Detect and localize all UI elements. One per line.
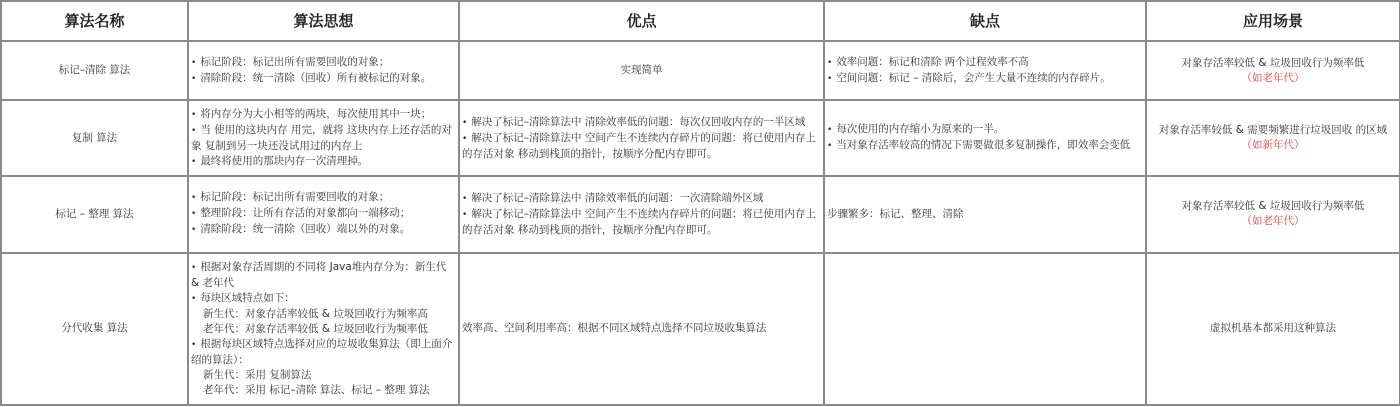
bullet-item: 整理阶段：让所有存活的对象都向一端移动； xyxy=(191,206,456,222)
bullet-item: 当对象存活率较高的情况下需要做很多复制操作，即效率会变低 xyxy=(827,138,1143,154)
cell-cons xyxy=(824,253,1146,405)
bullet-item: 将内存分为大小相等的两块，每次使用其中一块； xyxy=(191,107,456,123)
cell-scenario: 对象存活率较低 & 需要频繁进行垃圾回收 的区域 （如新年代） xyxy=(1146,100,1400,176)
bullet-item: 标记阶段：标记出所有需要回收的对象； xyxy=(191,55,456,71)
cell-idea: 标记阶段：标记出所有需要回收的对象； 整理阶段：让所有存活的对象都向一端移动； … xyxy=(188,176,459,252)
cell-name: 复制 算法 xyxy=(1,100,188,176)
scenario-text: 对象存活率较低 & 需要频繁进行垃圾回收 的区域 xyxy=(1149,123,1397,138)
header-row: 算法名称 算法思想 优点 缺点 应用场景 xyxy=(1,1,1400,41)
sub-item: 新生代：采用 复制算法 xyxy=(191,368,456,383)
header-algorithm-name: 算法名称 xyxy=(1,1,188,41)
bullet-item: 解决了标记–清除算法中 空间产生不连续内存碎片的问题：将已使用内存上的存活对象 … xyxy=(462,207,821,238)
cell-name: 标记–清除 算法 xyxy=(1,41,188,100)
table-row-mark-compact: 标记 – 整理 算法 标记阶段：标记出所有需要回收的对象； 整理阶段：让所有存活… xyxy=(1,176,1400,252)
cell-name: 分代收集 算法 xyxy=(1,253,188,405)
scenario-note: （如老年代） xyxy=(1149,71,1397,86)
bullet-item: 清除阶段：统一清除（回收）所有被标记的对象。 xyxy=(191,71,456,87)
bullet-item: 解决了标记–清除算法中 空间产生不连续内存碎片的问题：将已使用内存上的存活对象 … xyxy=(462,131,821,162)
cell-cons: 步骤繁多：标记、整理、清除 xyxy=(824,176,1146,252)
bullet-item: 根据对象存活周期的不同将 Java堆内存分为：新生代 & 老年代 xyxy=(191,260,456,291)
scenario-text: 对象存活率较低 & 垃圾回收行为频率低 xyxy=(1149,199,1397,214)
cell-idea: 根据对象存活周期的不同将 Java堆内存分为：新生代 & 老年代 每块区域特点如… xyxy=(188,253,459,405)
bullet-item: 根据每块区域特点选择对应的垃圾收集算法（即上面介绍的算法）： xyxy=(191,337,456,368)
header-pros: 优点 xyxy=(459,1,824,41)
table-row-generational: 分代收集 算法 根据对象存活周期的不同将 Java堆内存分为：新生代 & 老年代… xyxy=(1,253,1400,405)
cell-pros: 效率高、空间利用率高：根据不同区域特点选择不同垃圾收集算法 xyxy=(459,253,824,405)
bullet-item: 当 使用的这块内存 用完，就将 这块内存上还存活的对象 复制到另一块还没试用过的… xyxy=(191,123,456,154)
sub-item: 老年代：采用 标记–清除 算法、标记 – 整理 算法 xyxy=(191,383,456,398)
cell-pros: 解决了标记–清除算法中 清除效率低的问题：一次清除端外区域 解决了标记–清除算法… xyxy=(459,176,824,252)
cell-name: 标记 – 整理 算法 xyxy=(1,176,188,252)
cell-scenario: 虚拟机基本都采用这种算法 xyxy=(1146,253,1400,405)
table-row-mark-sweep: 标记–清除 算法 标记阶段：标记出所有需要回收的对象； 清除阶段：统一清除（回收… xyxy=(1,41,1400,100)
header-scenario: 应用场景 xyxy=(1146,1,1400,41)
bullet-item: 效率问题：标记和清除 两个过程效率不高 xyxy=(827,55,1143,71)
cell-pros: 解决了标记–清除算法中 清除效率低的问题：每次仅回收内存的一半区域 解决了标记–… xyxy=(459,100,824,176)
sub-item: 老年代：对象存活率较低 & 垃圾回收行为频率低 xyxy=(191,322,456,337)
bullet-item: 空间问题：标记 – 清除后，会产生大量不连续的内存碎片。 xyxy=(827,71,1143,87)
bullet-item: 最终将使用的那块内存一次清理掉。 xyxy=(191,154,456,170)
bullet-item: 标记阶段：标记出所有需要回收的对象； xyxy=(191,190,456,206)
cell-scenario: 对象存活率较低 & 垃圾回收行为频率低 （如老年代） xyxy=(1146,41,1400,100)
gc-algorithm-comparison-table: 算法名称 算法思想 优点 缺点 应用场景 标记–清除 算法 标记阶段：标记出所有… xyxy=(0,0,1400,406)
header-algorithm-idea: 算法思想 xyxy=(188,1,459,41)
cell-cons: 每次使用的内存缩小为原来的一半。 当对象存活率较高的情况下需要做很多复制操作，即… xyxy=(824,100,1146,176)
cell-idea: 标记阶段：标记出所有需要回收的对象； 清除阶段：统一清除（回收）所有被标记的对象… xyxy=(188,41,459,100)
cell-idea: 将内存分为大小相等的两块，每次使用其中一块； 当 使用的这块内存 用完，就将 这… xyxy=(188,100,459,176)
bullet-item: 每次使用的内存缩小为原来的一半。 xyxy=(827,122,1143,138)
cell-cons: 效率问题：标记和清除 两个过程效率不高 空间问题：标记 – 清除后，会产生大量不… xyxy=(824,41,1146,100)
sub-item: 新生代：对象存活率较低 & 垃圾回收行为频率高 xyxy=(191,307,456,322)
cell-scenario: 对象存活率较低 & 垃圾回收行为频率低 （如老年代） xyxy=(1146,176,1400,252)
bullet-item: 解决了标记–清除算法中 清除效率低的问题：一次清除端外区域 xyxy=(462,191,821,207)
bullet-item: 清除阶段：统一清除（回收）端以外的对象。 xyxy=(191,222,456,238)
scenario-note: （如老年代） xyxy=(1149,214,1397,229)
scenario-note: （如新年代） xyxy=(1149,138,1397,153)
scenario-text: 对象存活率较低 & 垃圾回收行为频率低 xyxy=(1149,56,1397,71)
cell-pros: 实现简单 xyxy=(459,41,824,100)
table-row-copying: 复制 算法 将内存分为大小相等的两块，每次使用其中一块； 当 使用的这块内存 用… xyxy=(1,100,1400,176)
header-cons: 缺点 xyxy=(824,1,1146,41)
bullet-item: 解决了标记–清除算法中 清除效率低的问题：每次仅回收内存的一半区域 xyxy=(462,115,821,131)
bullet-item: 每块区域特点如下： xyxy=(191,291,456,307)
